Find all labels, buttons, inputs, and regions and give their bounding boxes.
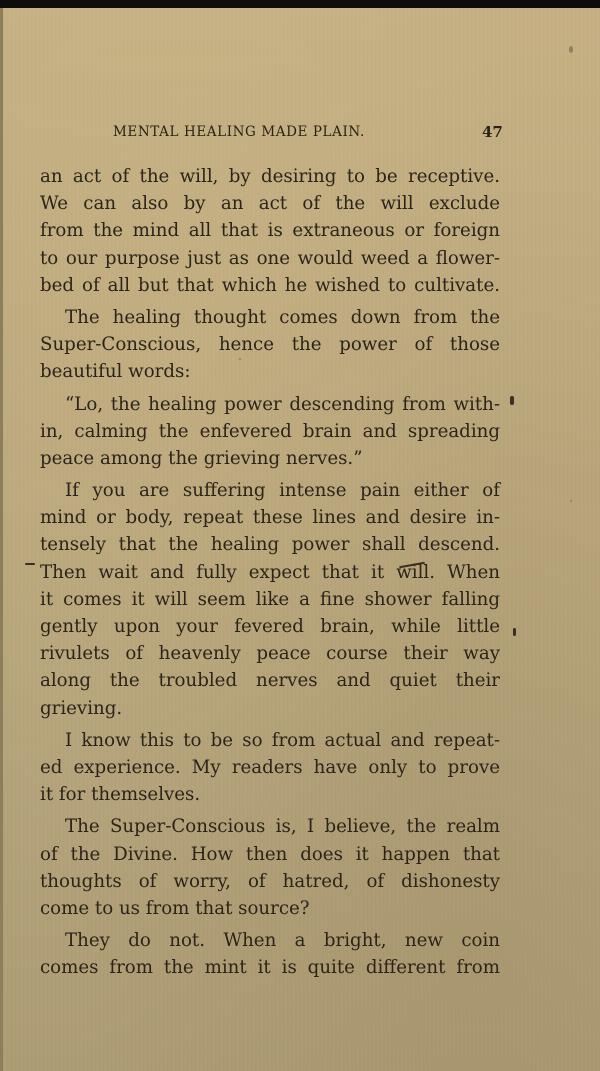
running-title: MENTAL HEALING MADE PLAIN.: [113, 124, 365, 140]
paper-speck: [569, 46, 573, 53]
text-line: peace among the grieving nerves.”: [40, 445, 500, 472]
text-line: If you are suffering intense pain either…: [40, 477, 500, 504]
text-line: “Lo, the healing power descending from w…: [40, 391, 500, 418]
text-line: I know this to be so from actual and rep…: [40, 727, 500, 754]
text-line: mind or body, repeat these lines and des…: [40, 504, 500, 531]
running-head: MENTAL HEALING MADE PLAIN. 47: [3, 124, 600, 146]
text-line: The Super-Conscious is, I believe, the r…: [40, 813, 500, 840]
text-line: thoughts of worry, of hatred, of dishone…: [40, 868, 500, 895]
paragraph: The healing thought comes down from the …: [40, 304, 500, 386]
margin-pencil-mark: [513, 628, 516, 636]
text-line: it for themselves.: [40, 781, 500, 808]
text-line: rivulets of heavenly peace course their …: [40, 640, 500, 667]
text-line: to our purpose just as one would weed a …: [40, 245, 500, 272]
text-line: come to us from that source?: [40, 895, 500, 922]
text-line: from the mind all that is extraneous or …: [40, 217, 500, 244]
text-line: Super-Conscious, hence the power of thos…: [40, 331, 500, 358]
text-line: beautiful words:: [40, 358, 500, 385]
paper-speck: [570, 500, 572, 502]
text-line: tensely that the healing power shall des…: [40, 531, 500, 558]
text-line: grieving.: [40, 695, 500, 722]
text-line: We can also by an act of the will exclud…: [40, 190, 500, 217]
paragraph: They do not. When a bright, new coin com…: [40, 927, 500, 981]
text-line: it comes it will seem like a fine shower…: [40, 586, 500, 613]
text-line: in, calming the enfevered brain and spre…: [40, 418, 500, 445]
text-line: an act of the will, by desiring to be re…: [40, 163, 500, 190]
page-number: 47: [482, 123, 503, 141]
paragraph: The Super-Conscious is, I believe, the r…: [40, 813, 500, 922]
margin-dash-mark: [25, 563, 35, 565]
book-page: MENTAL HEALING MADE PLAIN. 47 an act of …: [0, 8, 600, 1071]
paragraph: If you are suffering intense pain either…: [40, 477, 500, 722]
quotation-paragraph: “Lo, the healing power descending from w…: [40, 391, 500, 473]
paper-speck: [239, 358, 241, 360]
paragraph: an act of the will, by desiring to be re…: [40, 163, 500, 299]
text-line: along the troubled nerves and quiet thei…: [40, 667, 500, 694]
text-line: gently upon your fevered brain, while li…: [40, 613, 500, 640]
scan-top-border: [0, 0, 600, 8]
margin-pencil-mark: [510, 396, 514, 405]
text-line: They do not. When a bright, new coin: [40, 927, 500, 954]
paragraph: I know this to be so from actual and rep…: [40, 727, 500, 809]
text-line: The healing thought comes down from the: [40, 304, 500, 331]
text-line: of the Divine. How then does it happen t…: [40, 841, 500, 868]
text-line: bed of all but that which he wished to c…: [40, 272, 500, 299]
text-line: comes from the mint it is quite differen…: [40, 954, 500, 981]
text-line: Then wait and fully expect that it will.…: [40, 559, 500, 586]
body-text: an act of the will, by desiring to be re…: [40, 163, 500, 986]
text-line: ed experience. My readers have only to p…: [40, 754, 500, 781]
